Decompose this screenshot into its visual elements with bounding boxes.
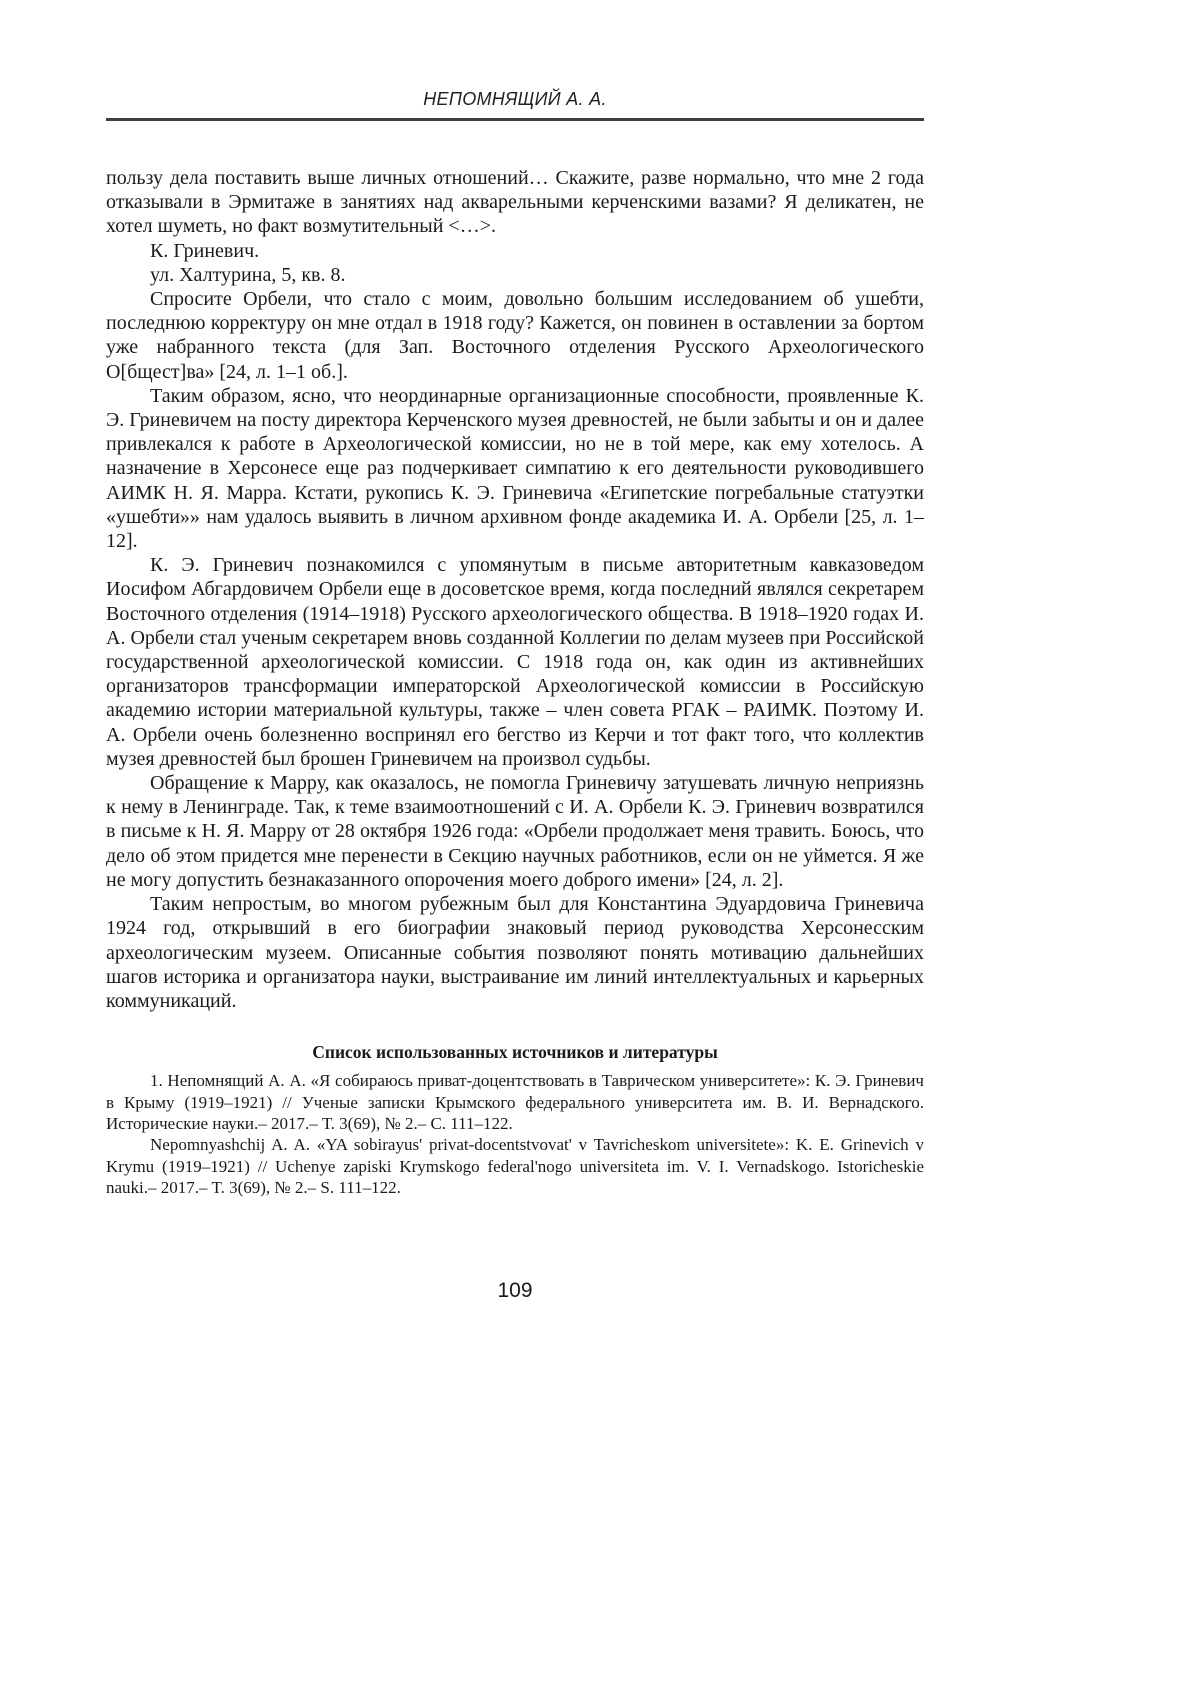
body-text: пользу дела поставить выше личных отноше…: [106, 166, 924, 1013]
body-paragraph: Спросите Орбели, что стало с моим, довол…: [106, 287, 924, 384]
page-number: 109: [106, 1279, 924, 1303]
running-header: НЕПОМНЯЩИЙ А. А.: [106, 89, 924, 110]
document-page: НЕПОМНЯЩИЙ А. А. пользу дела поставить в…: [0, 0, 1200, 1697]
body-paragraph: Обращение к Марру, как оказалось, не пом…: [106, 771, 924, 892]
body-paragraph: пользу дела поставить выше личных отноше…: [106, 166, 924, 239]
body-paragraph: К. Гриневич.: [106, 239, 924, 263]
body-paragraph: К. Э. Гриневич познакомился с упомянутым…: [106, 553, 924, 771]
header-rule: [106, 118, 924, 121]
text-column: НЕПОМНЯЩИЙ А. А. пользу дела поставить в…: [106, 0, 924, 1303]
references-list: 1. Непомнящий А. А. «Я собираюсь приват-…: [106, 1070, 924, 1198]
references-heading: Список использованных источников и литер…: [106, 1042, 924, 1063]
body-paragraph: ул. Халтурина, 5, кв. 8.: [106, 263, 924, 287]
reference-item: Nepomnyashchij A. A. «YA sobirayus' priv…: [106, 1134, 924, 1198]
reference-item: 1. Непомнящий А. А. «Я собираюсь приват-…: [106, 1070, 924, 1134]
body-paragraph: Таким непростым, во многом рубежным был …: [106, 892, 924, 1013]
body-paragraph: Таким образом, ясно, что неординарные ор…: [106, 384, 924, 553]
